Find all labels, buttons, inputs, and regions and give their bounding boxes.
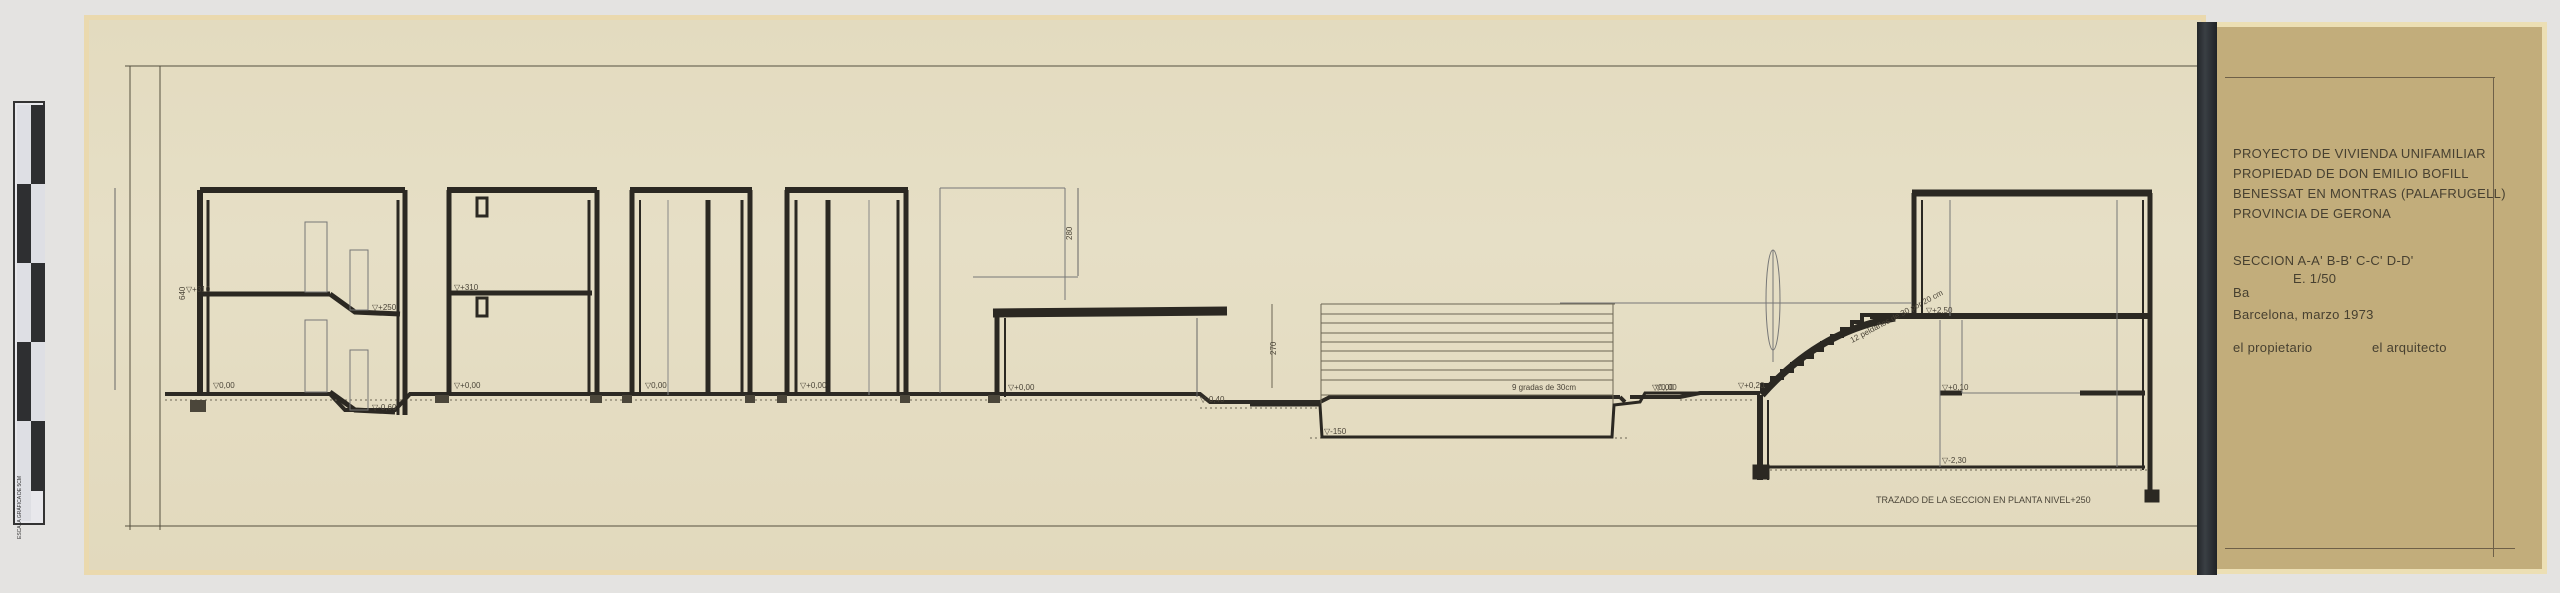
level-label: ▽+0,20 bbox=[1738, 381, 1765, 390]
pavilion-section bbox=[940, 188, 1227, 397]
level-label: ▽+310 bbox=[454, 283, 479, 292]
level-label: ▽+0,00 bbox=[454, 381, 481, 390]
level-label: ▽+2,50 bbox=[1926, 306, 1953, 315]
scale-text: E. 1/50 bbox=[2293, 271, 2336, 286]
section-d bbox=[785, 190, 908, 395]
place-date: Barcelona, marzo 1973 bbox=[2233, 307, 2374, 322]
step-note: 9 gradas de 30cm bbox=[1512, 383, 1576, 392]
level-label: ▽-2,30 bbox=[1942, 456, 1967, 465]
binding-tape bbox=[2197, 22, 2217, 575]
dimension-label: 640 bbox=[178, 286, 187, 300]
project-line: BENESSAT EN MONTRAS (PALAFRUGELL) bbox=[2233, 186, 2506, 201]
architect-signature-label: el arquitecto bbox=[2372, 340, 2447, 355]
project-line: PROVINCIA DE GERONA bbox=[2233, 206, 2391, 221]
dimension-label: 280 bbox=[1065, 226, 1074, 240]
title-block bbox=[2217, 22, 2547, 574]
steps-section bbox=[1272, 304, 1615, 437]
section-caption: TRAZADO DE LA SECCION EN PLANTA NIVEL+25… bbox=[1876, 495, 2091, 505]
level-label: ▽-0,40 bbox=[1200, 395, 1225, 404]
owner-signature-label: el propietario bbox=[2233, 340, 2312, 355]
level-label: ▽0,00 bbox=[213, 381, 235, 390]
project-line: PROPIEDAD DE DON EMILIO BOFILL bbox=[2233, 166, 2469, 181]
project-line: PROYECTO DE VIVIENDA UNIFAMILIAR bbox=[2233, 146, 2486, 161]
level-label: ▽0,00 bbox=[645, 381, 667, 390]
level-label: ▽+250 bbox=[372, 303, 397, 312]
level-label: ▽0,00 bbox=[1655, 383, 1677, 392]
level-label: ▽-150 bbox=[1324, 427, 1347, 436]
abbrev-text: Ba bbox=[2233, 285, 2250, 300]
level-label: ▽-0,60 bbox=[372, 403, 397, 412]
section-b bbox=[447, 190, 597, 395]
sections-label: SECCION A-A' B-B' C-C' D-D' bbox=[2233, 253, 2414, 268]
level-label: ▽+0,00 bbox=[1008, 383, 1035, 392]
dimension-label: 270 bbox=[1269, 341, 1278, 355]
level-label: ▽+0,10 bbox=[1942, 383, 1969, 392]
section-a bbox=[115, 188, 405, 415]
section-drawing: ▽+310 ▽+250 ▽0,00 ▽-0,60 640 ▽+310 ▽+0,0… bbox=[0, 0, 2560, 593]
section-c bbox=[630, 190, 752, 395]
level-label: ▽+0,00 bbox=[800, 381, 827, 390]
level-label: ▽+310 bbox=[186, 285, 211, 294]
